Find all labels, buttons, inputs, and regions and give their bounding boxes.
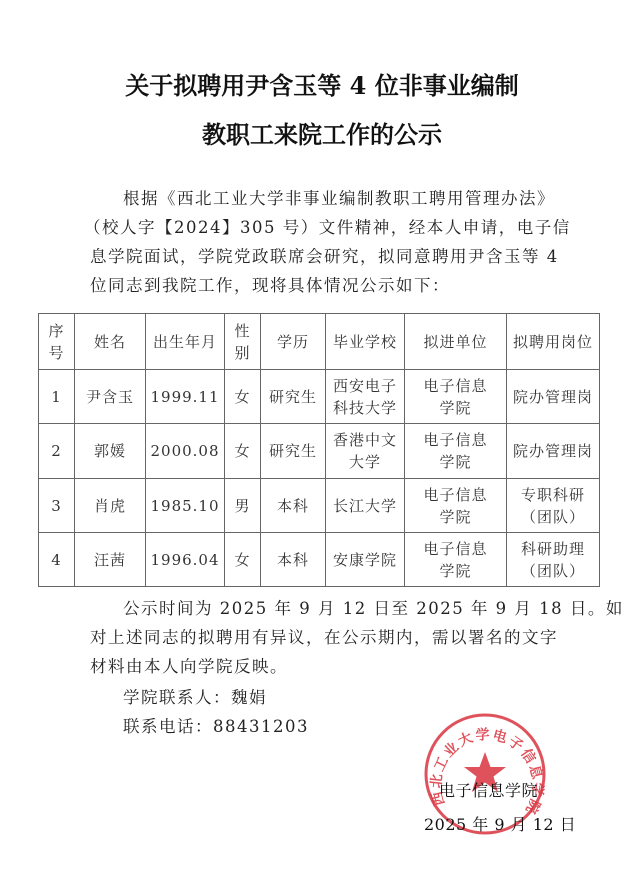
table-row: 3 肖虎 1985.10 男 本科 长江大学 电子信息学院 专职科研（团队） xyxy=(39,479,600,533)
intro-line: （校人字【2024】305 号）文件精神，经本人申请，电子信 xyxy=(84,213,560,242)
cell-unit: 电子信息学院 xyxy=(405,370,507,424)
cell-gender: 女 xyxy=(225,370,261,424)
cell-gender: 女 xyxy=(225,533,261,587)
header-cell: 序号 xyxy=(39,314,75,370)
notice-paragraph: 公示时间为 2025 年 9 月 12 日至 2025 年 9 月 18 日。如… xyxy=(90,594,560,681)
cell-school: 香港中文大学 xyxy=(326,424,405,479)
cell-post: 专职科研（团队） xyxy=(507,479,600,533)
intro-line: 根据《西北工业大学非事业编制教职工聘用管理办法》 xyxy=(90,184,560,213)
notice-line: 对上述同志的拟聘用有异议，在公示期内，需以署名的文字 xyxy=(90,623,560,652)
cell-education: 研究生 xyxy=(261,370,326,424)
cell-school: 长江大学 xyxy=(326,479,405,533)
cell-no: 3 xyxy=(39,479,75,533)
cell-post: 科研助理（团队） xyxy=(507,533,600,587)
cell-gender: 男 xyxy=(225,479,261,533)
intro-line: 位同志到我院工作，现将具体情况公示如下： xyxy=(90,271,560,300)
notice-line: 材料由本人向学院反映。 xyxy=(90,652,560,681)
cell-no: 2 xyxy=(39,424,75,479)
header-cell: 姓名 xyxy=(75,314,146,370)
cell-birth: 1996.04 xyxy=(146,533,225,587)
cell-name: 郭媛 xyxy=(75,424,146,479)
header-cell: 毕业学校 xyxy=(326,314,405,370)
table-header-row: 序号 姓名 出生年月 性别 学历 毕业学校 拟进单位 拟聘用岗位 xyxy=(39,314,600,370)
cell-gender: 女 xyxy=(225,424,261,479)
table-row: 1 尹含玉 1999.11 女 研究生 西安电子科技大学 电子信息学院 院办管理… xyxy=(39,370,600,424)
candidates-table: 序号 姓名 出生年月 性别 学历 毕业学校 拟进单位 拟聘用岗位 1 尹含玉 1… xyxy=(38,313,600,587)
signature-date: 2025 年 9 月 12 日 xyxy=(424,812,576,835)
intro-line: 息学院面试，学院党政联席会研究，拟同意聘用尹含玉等 4 xyxy=(90,242,560,271)
cell-education: 研究生 xyxy=(261,424,326,479)
cell-education: 本科 xyxy=(261,533,326,587)
cell-birth: 1999.11 xyxy=(146,370,225,424)
title-line-2: 教职工来院工作的公示 xyxy=(0,115,644,150)
cell-school: 安康学院 xyxy=(326,533,405,587)
cell-name: 肖虎 xyxy=(75,479,146,533)
title-line-1: 关于拟聘用尹含玉等 4 位非事业编制 xyxy=(0,66,644,101)
cell-name: 尹含玉 xyxy=(75,370,146,424)
header-cell: 学历 xyxy=(261,314,326,370)
cell-education: 本科 xyxy=(261,479,326,533)
cell-name: 汪茜 xyxy=(75,533,146,587)
notice-line: 公示时间为 2025 年 9 月 12 日至 2025 年 9 月 18 日。如 xyxy=(90,594,560,623)
cell-post: 院办管理岗 xyxy=(507,370,600,424)
cell-birth: 1985.10 xyxy=(146,479,225,533)
signature-org: 电子信息学院 xyxy=(439,778,538,801)
table-row: 2 郭媛 2000.08 女 研究生 香港中文大学 电子信息学院 院办管理岗 xyxy=(39,424,600,479)
cell-unit: 电子信息学院 xyxy=(405,479,507,533)
table-row: 4 汪茜 1996.04 女 本科 安康学院 电子信息学院 科研助理（团队） xyxy=(39,533,600,587)
header-cell: 拟聘用岗位 xyxy=(507,314,600,370)
cell-post: 院办管理岗 xyxy=(507,424,600,479)
cell-unit: 电子信息学院 xyxy=(405,424,507,479)
contact-person: 学院联系人：魏娟 xyxy=(90,683,560,712)
cell-school: 西安电子科技大学 xyxy=(326,370,405,424)
cell-no: 1 xyxy=(39,370,75,424)
header-cell: 出生年月 xyxy=(146,314,225,370)
cell-birth: 2000.08 xyxy=(146,424,225,479)
header-cell: 性别 xyxy=(225,314,261,370)
cell-no: 4 xyxy=(39,533,75,587)
intro-paragraph: 根据《西北工业大学非事业编制教职工聘用管理办法》 （校人字【2024】305 号… xyxy=(90,184,560,300)
cell-unit: 电子信息学院 xyxy=(405,533,507,587)
header-cell: 拟进单位 xyxy=(405,314,507,370)
